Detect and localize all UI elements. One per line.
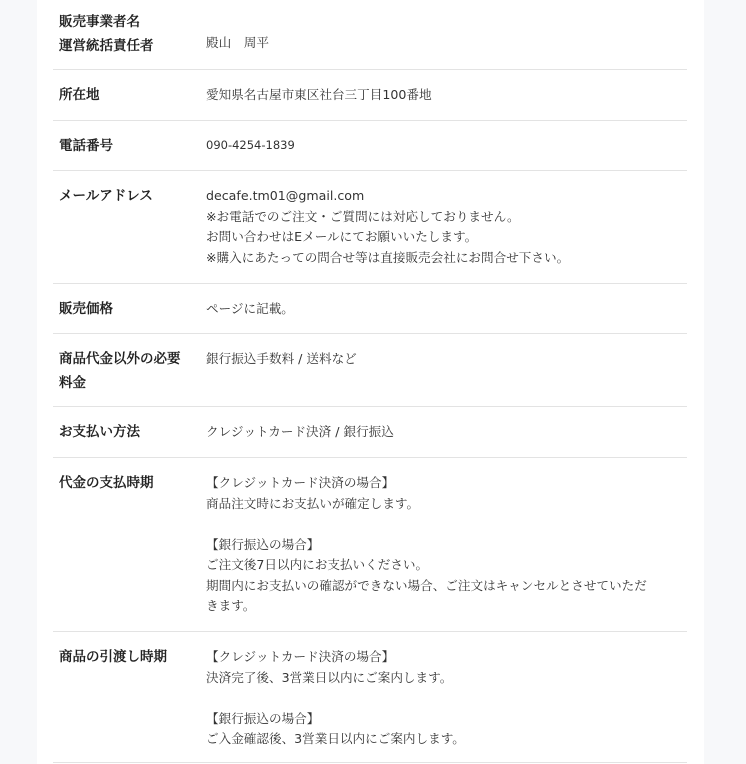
value-line: 期間内にお支払いの確認ができない場合、ご注文はキャンセルとさせていただ — [206, 576, 683, 597]
table-row-phone: 電話番号 090-4254-1839 — [53, 121, 687, 171]
row-value: 愛知県名古屋市東区社台三丁目100番地 — [206, 70, 687, 120]
row-label: メールアドレス — [53, 171, 206, 283]
value-line: お問い合わせはEメールにてお願いいたします。 — [206, 227, 683, 248]
value-line: ご注文後7日以内にお支払いください。 — [206, 555, 683, 576]
value-line: ページに記載。 — [206, 299, 683, 320]
row-value: decafe.tm01@gmail.com ※お電話でのご注文・ご質問には対応し… — [206, 171, 687, 283]
value-line: きます。 — [206, 596, 683, 617]
value-line: 決済完了後、3営業日以内にご案内します。 — [206, 668, 683, 689]
table-row-email: メールアドレス decafe.tm01@gmail.com ※お電話でのご注文・… — [53, 171, 687, 284]
value-line: ご入金確認後、3営業日以内にご案内します。 — [206, 729, 683, 750]
value-line: 【銀行振込の場合】 — [206, 709, 683, 730]
value-line: 愛知県名古屋市東区社台三丁目100番地 — [206, 85, 683, 106]
label-line: メールアドレス — [59, 184, 206, 208]
value-line: 【銀行振込の場合】 — [206, 535, 683, 556]
value-line: 【クレジットカード決済の場合】 — [206, 473, 683, 494]
table-row-address: 所在地 愛知県名古屋市東区社台三丁目100番地 — [53, 70, 687, 121]
label-line: お支払い方法 — [59, 420, 206, 444]
row-label: お支払い方法 — [53, 407, 206, 457]
row-value: クレジットカード決済 / 銀行振込 — [206, 407, 687, 457]
row-label: 代金の支払時期 — [53, 458, 206, 631]
label-line: 料金 — [59, 371, 206, 395]
label-line: 電話番号 — [59, 134, 206, 158]
row-value: 【クレジットカード決済の場合】 商品注文時にお支払いが確定します。 【銀行振込の… — [206, 458, 687, 631]
row-label: 商品代金以外の必要 料金 — [53, 334, 206, 406]
row-label: 商品の引渡し時期 — [53, 632, 206, 762]
row-value: 銀行振込手数料 / 送料など — [206, 334, 687, 406]
label-line: 商品の引渡し時期 — [59, 645, 206, 669]
value-line: 商品注文時にお支払いが確定します。 — [206, 494, 683, 515]
value-line: ※お電話でのご注文・ご質問には対応しておりません。 — [206, 207, 683, 228]
label-line: 所在地 — [59, 83, 206, 107]
value-line: 殿山 周平 — [206, 33, 683, 54]
phone-number: 090-4254-1839 — [206, 135, 683, 156]
blank-line — [206, 688, 683, 709]
row-label: 電話番号 — [53, 121, 206, 170]
table-row-payment-method: お支払い方法 クレジットカード決済 / 銀行振込 — [53, 407, 687, 458]
row-value: ページに記載。 — [206, 284, 687, 333]
row-value: 【クレジットカード決済の場合】 決済完了後、3営業日以内にご案内します。 【銀行… — [206, 632, 687, 762]
row-label: 所在地 — [53, 70, 206, 120]
table-row-payment-timing: 代金の支払時期 【クレジットカード決済の場合】 商品注文時にお支払いが確定します… — [53, 458, 687, 632]
commerce-law-table: 販売事業者名 運営統括責任者 殿山 周平 所在地 愛知県名古屋市東区社台三丁目1… — [53, 0, 687, 763]
table-row-price: 販売価格 ページに記載。 — [53, 284, 687, 334]
value-line: 銀行振込手数料 / 送料など — [206, 349, 683, 370]
email-address: decafe.tm01@gmail.com — [206, 186, 683, 207]
value-line: クレジットカード決済 / 銀行振込 — [206, 422, 683, 443]
value-line: ※購入にあたっての問合せ等は直接販売会社にお問合せ下さい。 — [206, 248, 683, 269]
label-line: 運営統括責任者 — [59, 34, 206, 58]
label-line: 代金の支払時期 — [59, 471, 206, 495]
blank-line — [206, 514, 683, 535]
row-value: 殿山 周平 — [206, 0, 687, 69]
table-row-extra-fees: 商品代金以外の必要 料金 銀行振込手数料 / 送料など — [53, 334, 687, 407]
row-value: 090-4254-1839 — [206, 121, 687, 170]
label-line: 販売事業者名 — [59, 10, 206, 34]
table-row-delivery-timing: 商品の引渡し時期 【クレジットカード決済の場合】 決済完了後、3営業日以内にご案… — [53, 632, 687, 763]
value-line: 【クレジットカード決済の場合】 — [206, 647, 683, 668]
content-panel: 販売事業者名 運営統括責任者 殿山 周平 所在地 愛知県名古屋市東区社台三丁目1… — [37, 0, 704, 764]
row-label: 販売事業者名 運営統括責任者 — [53, 0, 206, 69]
label-line: 商品代金以外の必要 — [59, 347, 206, 371]
table-row-seller: 販売事業者名 運営統括責任者 殿山 周平 — [53, 0, 687, 70]
label-line: 販売価格 — [59, 297, 206, 321]
row-label: 販売価格 — [53, 284, 206, 333]
